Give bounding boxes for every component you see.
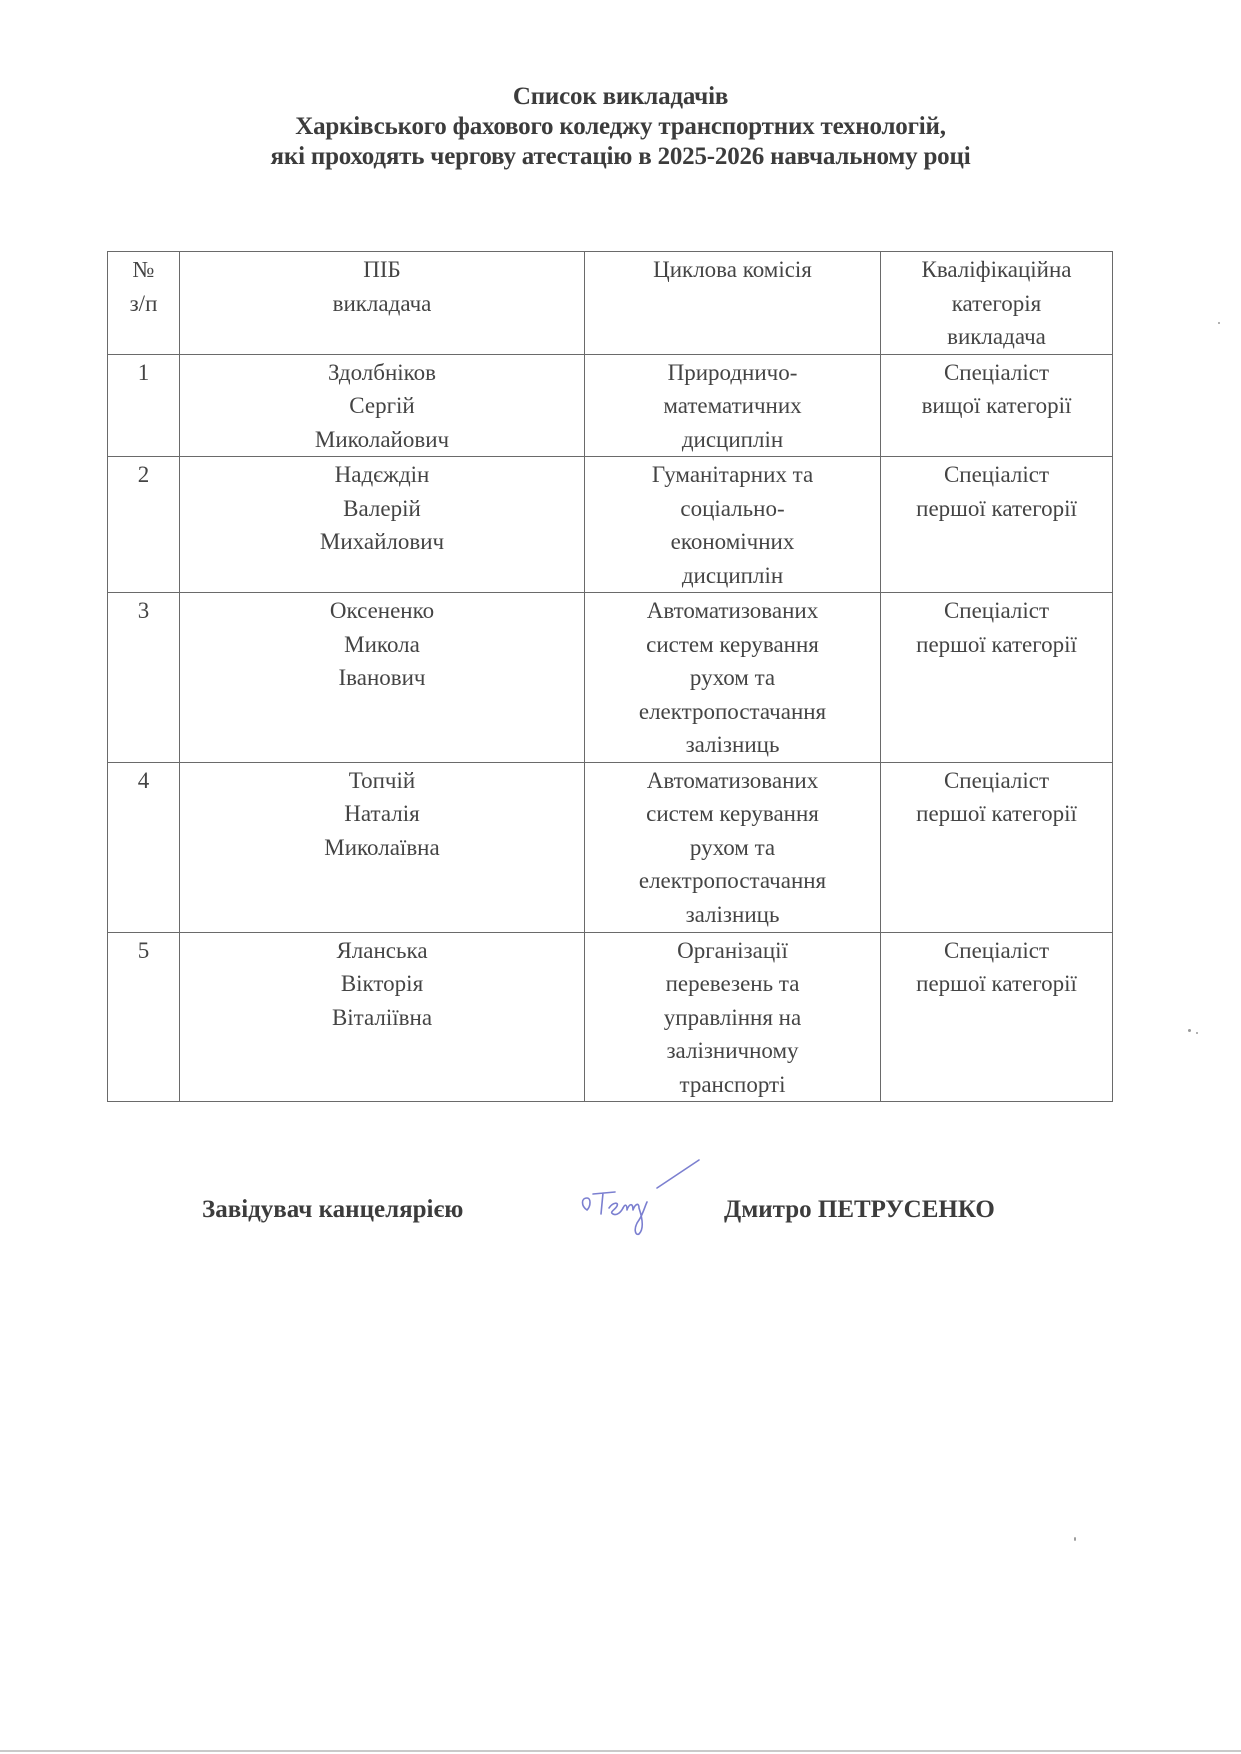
- cell-category: Спеціаліст першої категорії: [881, 762, 1113, 932]
- teachers-table: № з/п ПІБ викладача Циклова комісія Квал…: [107, 251, 1113, 1102]
- cell-number: 5: [108, 932, 180, 1102]
- cell-name: Яланська Вікторія Віталіївна: [180, 932, 585, 1102]
- table-row: 5 Яланська Вікторія Віталіївна Організац…: [108, 932, 1113, 1102]
- cell-commission: Автоматизованих систем керування рухом т…: [585, 593, 881, 763]
- cell-commission: Автоматизованих систем керування рухом т…: [585, 762, 881, 932]
- cell-commission: Гуманітарних та соціально- економічних д…: [585, 457, 881, 593]
- cell-number: 4: [108, 762, 180, 932]
- scan-speck: [1074, 1537, 1076, 1541]
- title-line-3: які проходять чергову атестацію в 2025-2…: [0, 142, 1241, 172]
- cell-category: Спеціаліст першої категорії: [881, 932, 1113, 1102]
- cell-number: 1: [108, 354, 180, 457]
- table-header-row: № з/п ПІБ викладача Циклова комісія Квал…: [108, 252, 1113, 355]
- table-row: 4 Топчій Наталія Миколаївна Автоматизова…: [108, 762, 1113, 932]
- scan-speck: [1218, 322, 1220, 324]
- table-row: 3 Оксененко Микола Іванович Автоматизова…: [108, 593, 1113, 763]
- cell-name: Здолбніков Сергій Миколайович: [180, 354, 585, 457]
- cell-category: Спеціаліст першої категорії: [881, 593, 1113, 763]
- header-name: ПІБ викладача: [180, 252, 585, 355]
- cell-category: Спеціаліст вищої категорії: [881, 354, 1113, 457]
- table-row: 2 Надєждін Валерій Михайлович Гуманітарн…: [108, 457, 1113, 593]
- cell-commission: Природничо- математичних дисциплін: [585, 354, 881, 457]
- cell-name: Топчій Наталія Миколаївна: [180, 762, 585, 932]
- header-category: Кваліфікаційна категорія викладача: [881, 252, 1113, 355]
- signer-position: Завідувач канцелярією: [202, 1196, 463, 1224]
- cell-name: Оксененко Микола Іванович: [180, 593, 585, 763]
- title-line-2: Харківського фахового коледжу транспортн…: [0, 112, 1241, 142]
- table-row: 1 Здолбніков Сергій Миколайович Природни…: [108, 354, 1113, 457]
- scan-speck: [1188, 1029, 1191, 1032]
- title-line-1: Список викладачів: [0, 82, 1241, 112]
- cell-commission: Організації перевезень та управління на …: [585, 932, 881, 1102]
- cell-number: 3: [108, 593, 180, 763]
- scan-edge-line: [0, 1750, 1241, 1752]
- header-number: № з/п: [108, 252, 180, 355]
- scan-speck: [1196, 1032, 1198, 1034]
- cell-category: Спеціаліст першої категорії: [881, 457, 1113, 593]
- signer-name: Дмитро ПЕТРУСЕНКО: [724, 1196, 995, 1224]
- cell-name: Надєждін Валерій Михайлович: [180, 457, 585, 593]
- header-commission: Циклова комісія: [585, 252, 881, 355]
- cell-number: 2: [108, 457, 180, 593]
- signature-icon: [575, 1158, 705, 1238]
- document-title: Список викладачів Харківського фахового …: [0, 82, 1241, 172]
